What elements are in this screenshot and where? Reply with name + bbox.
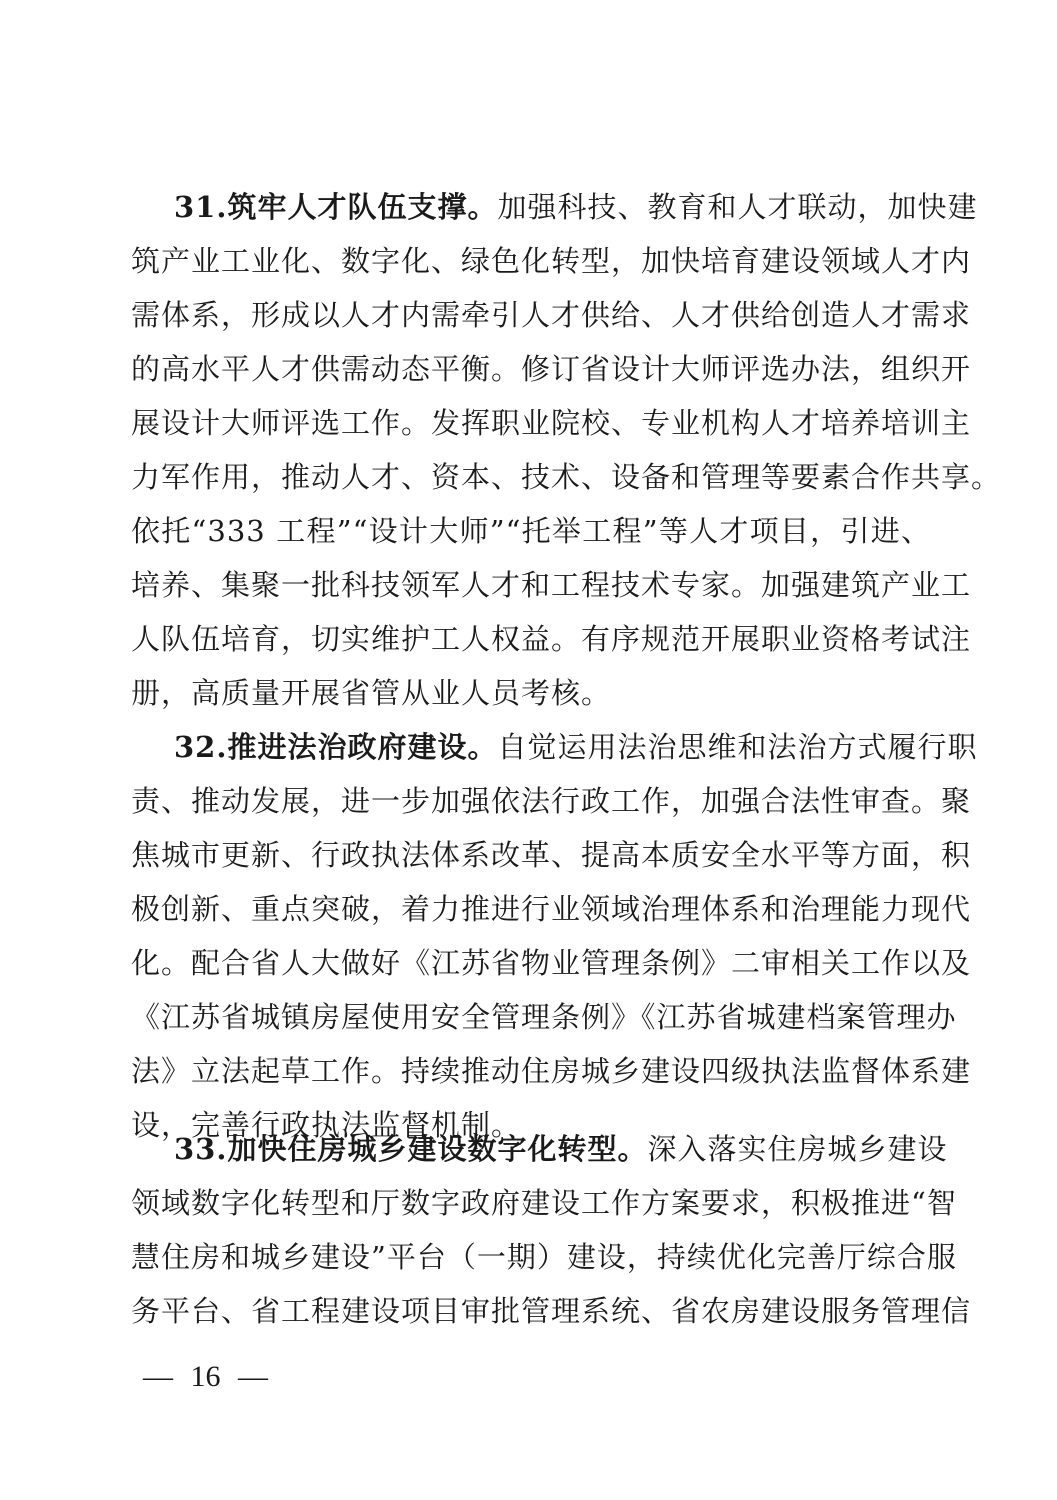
section-31-line-3: 需体系，形成以人才内需牵引人才供给、人才供给创造人才需求 [131,293,931,337]
section-31-line-8: 培养、集聚一批科技领军人才和工程技术专家。加强建筑产业工 [131,563,931,607]
section-32-line-5: 化。配合省人大做好《江苏省物业管理条例》二审相关工作以及 [131,941,931,985]
section-31-line-5: 展设计大师评选工作。发挥职业院校、专业机构人才培养培训主 [131,401,931,445]
section-32-text: 自觉运用法治思维和法治方式履行职 [497,730,977,764]
page-number: — 16 — [143,1360,268,1394]
section-31-line-1: 31.筑牢人才队伍支撑。加强科技、教育和人才联动，加快建 [174,185,931,229]
section-31-line-7: 依托“333 工程”“设计大师”“托举工程”等人才项目，引进、 [131,509,931,553]
section-33-line-1: 33.加快住房城乡建设数字化转型。深入落实住房城乡建设 [174,1127,931,1171]
section-33-number: 33. [174,1132,227,1166]
section-33-line-3: 慧住房和城乡建设”平台（一期）建设，持续优化完善厅综合服 [131,1235,931,1279]
section-31-line-9: 人队伍培育，切实维护工人权益。有序规范开展职业资格考试注 [131,617,931,661]
section-32-line-2: 责、推动发展，进一步加强依法行政工作，加强合法性审查。聚 [131,779,931,823]
section-33-text: 深入落实住房城乡建设 [647,1132,947,1166]
section-32-line-4: 极创新、重点突破，着力推进行业领域治理体系和治理能力现代 [131,887,931,931]
section-33-heading: 加快住房城乡建设数字化转型。 [227,1132,647,1166]
section-31-line-6: 力军作用，推动人才、资本、技术、设备和管理等要素合作共享。 [131,455,931,499]
section-33-line-2: 领域数字化转型和厅数字政府建设工作方案要求，积极推进“智 [131,1181,931,1225]
section-31-line-10: 册，高质量开展省管从业人员考核。 [131,671,931,715]
section-32-heading: 推进法治政府建设。 [227,730,497,764]
section-33-line-4: 务平台、省工程建设项目审批管理系统、省农房建设服务管理信 [131,1289,931,1333]
section-31-number: 31. [174,190,227,224]
section-31-line-2: 筑产业工业化、数字化、绿色化转型，加快培育建设领域人才内 [131,239,931,283]
section-31-text: 加强科技、教育和人才联动，加快建 [497,190,977,224]
section-31-line-4: 的高水平人才供需动态平衡。修订省设计大师评选办法，组织开 [131,347,931,391]
document-page: 31.筑牢人才队伍支撑。加强科技、教育和人才联动，加快建 筑产业工业化、数字化、… [0,0,1057,1500]
section-32-line-3: 焦城市更新、行政执法体系改革、提高本质安全水平等方面，积 [131,833,931,877]
section-32-line-6: 《江苏省城镇房屋使用安全管理条例》《江苏省城建档案管理办 [131,995,931,1039]
section-32-line-7: 法》立法起草工作。持续推动住房城乡建设四级执法监督体系建 [131,1049,931,1093]
section-32-number: 32. [174,730,227,764]
section-31-heading: 筑牢人才队伍支撑。 [227,190,497,224]
section-32-line-1: 32.推进法治政府建设。自觉运用法治思维和法治方式履行职 [174,725,931,769]
